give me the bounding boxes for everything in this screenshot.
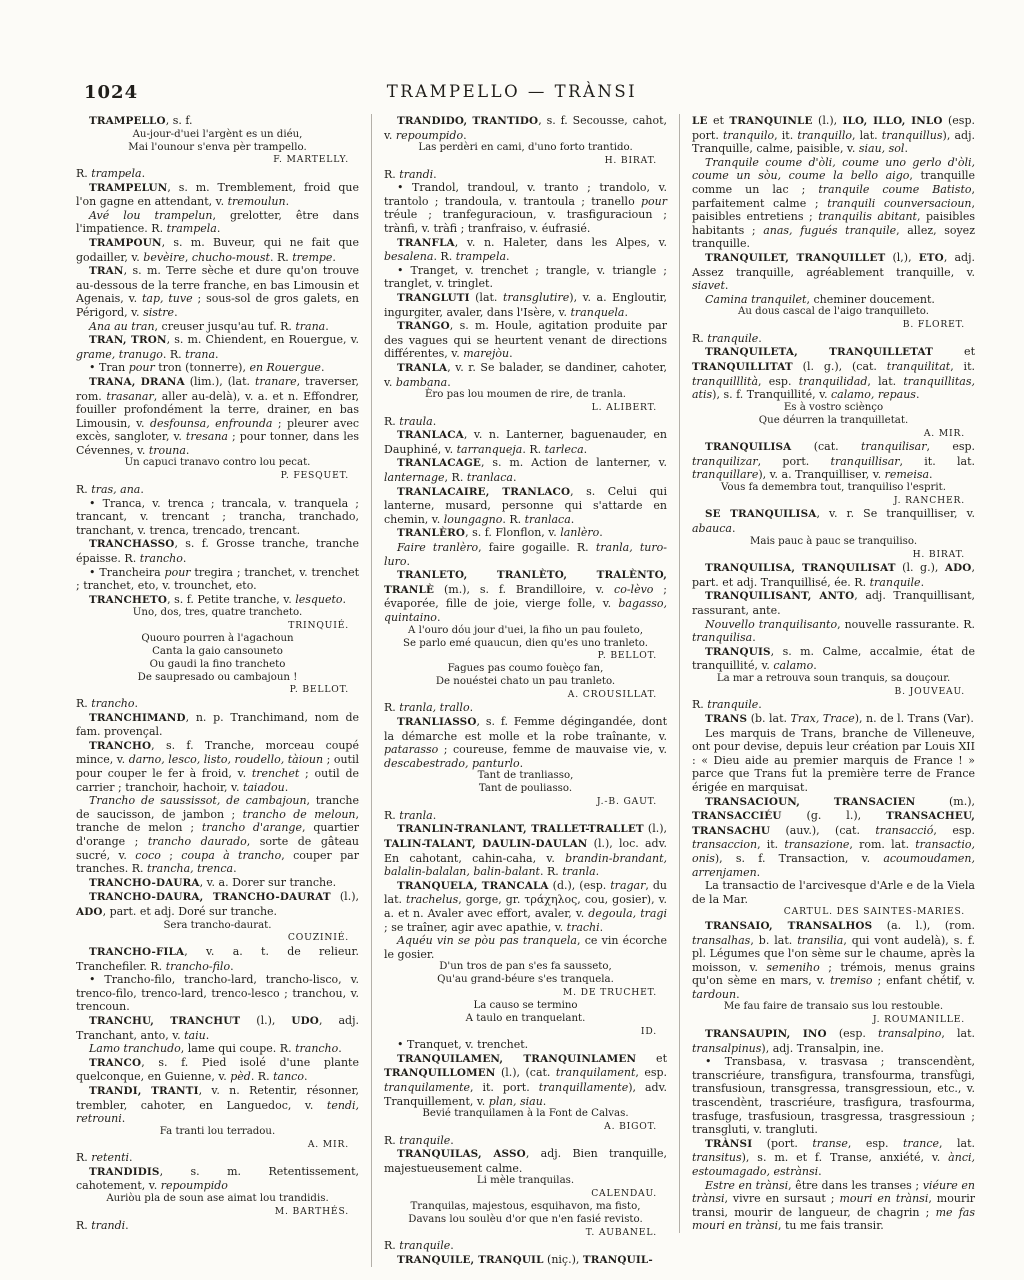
text-columns: TRAMPELLO, s. f.Au-jour-d'uei l'argènt e… <box>76 114 950 1267</box>
dictionary-entry: TRANCHO, s. f. Tranche, morceau coupé mi… <box>76 739 359 794</box>
dictionary-entry: Aquéu vin se pòu pas tranquela, ce vin é… <box>384 934 667 961</box>
dictionary-entry: Camina tranquilet, cheminer doucement. <box>692 293 975 307</box>
verse-line: Fagues pas coumo fouèço fan, <box>384 663 667 676</box>
verse-line: Bevié tranquilamen à la Font de Calvas. <box>384 1108 667 1121</box>
verse-line: Tant de pouliasso. <box>384 783 667 796</box>
dictionary-entry: TRANGO, s. m. Houle, agitation produite … <box>384 319 667 361</box>
dictionary-entry: TRANLACAGE, s. m. Action de lanterner, v… <box>384 456 667 484</box>
dictionary-entry: TRANDIDO, TRANTIDO, s. f. Secousse, caho… <box>384 114 667 142</box>
verse-line: Ou gaudi la fino trancheto <box>76 659 359 672</box>
dictionary-entry: TRANQUIS, s. m. Calme, accalmie, état de… <box>692 645 975 673</box>
verse-line: Es à vostro sciènço <box>692 402 975 415</box>
dictionary-entry: TRANQUILISA (cat. tranquilisar, esp. tra… <box>692 440 975 482</box>
citation-author: B. FLORET. <box>692 319 975 332</box>
citation-author: H. BIRAT. <box>384 155 667 168</box>
dictionary-entry: TRANDIDIS, s. m. Retentissement, cahotem… <box>76 1165 359 1193</box>
citation-author: TRINQUIÉ. <box>76 620 359 633</box>
dictionary-entry: TRANLIN-TRANLANT, TRALLET-TRALLET (l.), … <box>384 822 667 878</box>
verse-line: Mai l'ounour s'enva pèr trampello. <box>76 142 359 155</box>
verse-line: Vous fa demembra tout, tranquiliso l'esp… <box>692 482 975 495</box>
verse-line: Canta la gaio cansouneto <box>76 646 359 659</box>
citation-author: J. RANCHER. <box>692 495 975 508</box>
verse-line: Au dous cascal de l'aigo tranquilleto. <box>692 306 975 319</box>
reference-line: R. trandi. <box>384 168 667 182</box>
reference-line: R. trancho. <box>76 697 359 711</box>
dictionary-entry: • Tranca, v. trenca ; trancala, v. tranq… <box>76 497 359 538</box>
reference-line: R. tranla, trallo. <box>384 701 667 715</box>
citation-author: A. BIGOT. <box>384 1121 667 1134</box>
dictionary-entry: TRANLACAIRE, TRANLACO, s. Celui qui lant… <box>384 485 667 527</box>
dictionary-entry: TRAMPELUN, s. m. Tremblement, froid que … <box>76 181 359 209</box>
reference-line: R. tranquile. <box>692 332 975 346</box>
verse-line: La causo se termino <box>384 1000 667 1013</box>
dictionary-entry: TRANS (b. lat. Trax, Trace), n. de l. Tr… <box>692 712 975 727</box>
reference-line: R. tranla. <box>384 809 667 823</box>
dictionary-entry: TRANCHO-FILA, v. a. t. de relieur. Tranc… <box>76 945 359 973</box>
dictionary-entry: • Trancho-filo, trancho-lard, trancho-li… <box>76 973 359 1014</box>
verse-line: Se parlo emé quaucun, dien qu'es uno tra… <box>384 638 667 651</box>
reference-line: LE et TRANQUINLE (l.), ILO, ILLO, INLO (… <box>692 114 975 156</box>
reference-line: R. traula. <box>384 415 667 429</box>
dictionary-entry: TRANGLUTI (lat. transglutire), v. a. Eng… <box>384 291 667 319</box>
verse-line: Èro pas lou moumen de rire, de tranla. <box>384 389 667 402</box>
dictionary-entry: Nouvello tranquilisanto, nouvelle rassur… <box>692 618 975 645</box>
column-2: TRANDIDO, TRANTIDO, s. f. Secousse, caho… <box>371 114 667 1267</box>
dictionary-entry: TRANCHU, TRANCHUT (l.), UDO, adj. Tranch… <box>76 1014 359 1042</box>
dictionary-entry: TRANCHO-DAURA, v. a. Dorer sur tranche. <box>76 876 359 891</box>
reference-line: R. trandi. <box>76 1219 359 1233</box>
dictionary-entry: TRANLIASSO, s. f. Femme dégingandée, don… <box>384 715 667 770</box>
verse-line: Tranquilas, majestous, esquihavon, ma fi… <box>384 1201 667 1214</box>
verse-line: Que déurren la tranquilletat. <box>692 415 975 428</box>
citation-author: L. ALIBERT. <box>384 402 667 415</box>
dictionary-entry: Tranquile coume d'òli, coume uno gerlo d… <box>692 156 975 251</box>
citation-author: M. DE TRUCHET. <box>384 987 667 1000</box>
dictionary-entry: TRANQUILAS, ASSO, adj. Bien tranquille, … <box>384 1147 667 1175</box>
verse-line: Un capuci tranavo contro lou pecat. <box>76 457 359 470</box>
dictionary-entry: TRAMPELLO, s. f. <box>76 114 359 129</box>
reference-line: R. tranquile. <box>384 1134 667 1148</box>
dictionary-entry: TRANLACA, v. n. Lanterner, baguenauder, … <box>384 428 667 456</box>
dictionary-entry: TRANCHO-DAURA, TRANCHO-DAURAT (l.), ADO,… <box>76 890 359 919</box>
verse-line: Las perdèri en cami, d'uno forto trantid… <box>384 142 667 155</box>
verse-line: Mais pauc à pauc se tranquiliso. <box>692 536 975 549</box>
dictionary-entry: • Trandol, trandoul, v. tranto ; trandol… <box>384 181 667 235</box>
dictionary-entry: TRANQUELA, TRANCALA (d.), (esp. tragar, … <box>384 879 667 934</box>
dictionary-entry: TRANDI, TRANTI, v. n. Retentir, résonner… <box>76 1084 359 1126</box>
dictionary-entry: TRANSAIO, TRANSALHOS (a. l.), (rom. tran… <box>692 919 975 1002</box>
reference-line: R. trampela. <box>76 167 359 181</box>
citation-author: J. ROUMANILLE. <box>692 1014 975 1027</box>
dictionary-entry: TRANLÈRO, s. f. Flonflon, v. lanlèro. <box>384 526 667 541</box>
verse-line: Uno, dos, tres, quatre trancheto. <box>76 607 359 620</box>
citation-author: CALENDAU. <box>384 1188 667 1201</box>
verse-line: Li mèle tranquilas. <box>384 1175 667 1188</box>
dictionary-entry: TRAN, TRON, s. m. Chiendent, en Rouergue… <box>76 333 359 361</box>
column-3: LE et TRANQUINLE (l.), ILO, ILLO, INLO (… <box>679 114 975 1233</box>
verse-line: Auriòu pla de soun ase aimat lou trandid… <box>76 1193 359 1206</box>
verse-line: D'un tros de pan s'es fa sausseto, <box>384 961 667 974</box>
dictionary-entry: TRÀNSI (port. transe, esp. trance, lat. … <box>692 1137 975 1179</box>
dictionary-entry: TRANCO, s. f. Pied isolé d'une plante qu… <box>76 1056 359 1084</box>
dictionary-entry: TRANQUILISA, TRANQUILISAT (l. g.), ADO, … <box>692 561 975 589</box>
verse-line: Davans lou soulèu d'or que n'en fasié re… <box>384 1214 667 1227</box>
dictionary-entry: TRANLETO, TRANLÈTO, TRALÈNTO, TRANLÈ (m.… <box>384 568 667 624</box>
dictionary-entry: TRANLA, v. r. Se balader, se dandiner, c… <box>384 361 667 389</box>
dictionary-entry: • Tran pour tron (tonnerre), en Rouergue… <box>76 361 359 375</box>
dictionary-page: 1024 TRAMPELLO — TRÀNSI TRAMPELLO, s. f.… <box>0 0 1024 1280</box>
verse-line: De saupresado ou cambajoun ! <box>76 672 359 685</box>
dictionary-entry: Trancho de saussissot, de cambajoun, tra… <box>76 794 359 876</box>
citation-author: A. MIR. <box>692 428 975 441</box>
reference-line: R. tranquile. <box>384 1239 667 1253</box>
verse-line: Sera trancho-daurat. <box>76 920 359 933</box>
dictionary-entry: • Tranget, v. trenchet ; trangle, v. tri… <box>384 264 667 291</box>
verse-line: A l'ouro dóu jour d'uei, la fiho un pau … <box>384 625 667 638</box>
dictionary-entry: TRANQUILAMEN, TRANQUINLAMEN et TRANQUILL… <box>384 1052 667 1108</box>
citation-author: T. AUBANEL. <box>384 1227 667 1240</box>
dictionary-entry: Avé lou trampelun, grelotter, être dans … <box>76 209 359 236</box>
verse-line: Quouro pourren à l'agachoun <box>76 633 359 646</box>
dictionary-entry: Les marquis de Trans, branche de Villene… <box>692 727 975 795</box>
verse-line: Tant de tranliasso, <box>384 770 667 783</box>
citation-author: M. BARTHÉS. <box>76 1206 359 1219</box>
verse-line: La mar a retrouva soun tranquis, sa douç… <box>692 673 975 686</box>
verse-line: A taulo en tranquelant. <box>384 1013 667 1026</box>
verse-line: Qu'au grand-béure s'es tranquela. <box>384 974 667 987</box>
dictionary-entry: TRANFLA, v. n. Haleter, dans les Alpes, … <box>384 236 667 264</box>
dictionary-entry: La transactio de l'arcivesque d'Arle e d… <box>692 879 975 906</box>
dictionary-entry: Ana au tran, creuser jusqu'au tuf. R. tr… <box>76 320 359 334</box>
dictionary-entry: TRANSACIOUN, TRANSACIEN (m.), TRANSACCIÉ… <box>692 795 975 880</box>
citation-author: COUZINIÉ. <box>76 932 359 945</box>
dictionary-entry: SE TRANQUILISA, v. r. Se tranquilliser, … <box>692 507 975 535</box>
citation-author: B. JOUVEAU. <box>692 686 975 699</box>
dictionary-entry: TRANSAUPIN, INO (esp. transalpino, lat. … <box>692 1027 975 1055</box>
running-head: TRAMPELLO — TRÀNSI <box>0 82 1024 101</box>
citation-author: CARTUL. DES SAINTES-MARIES. <box>692 906 975 919</box>
dictionary-entry: TRANQUILET, TRANQUILLET (l,), ETO, adj. … <box>692 251 975 293</box>
verse-line: Au-jour-d'uei l'argènt es un diéu, <box>76 129 359 142</box>
citation-author: J.-B. GAUT. <box>384 796 667 809</box>
dictionary-entry: • Transbasa, v. trasvasa ; transcendènt,… <box>692 1055 975 1137</box>
reference-line: R. tras, ana. <box>76 483 359 497</box>
citation-author: ID. <box>384 1026 667 1039</box>
citation-author: P. BELLOT. <box>384 650 667 663</box>
citation-author: P. BELLOT. <box>76 684 359 697</box>
verse-line: De nouéstei chato un pau tranleto. <box>384 676 667 689</box>
dictionary-entry: TRANCHASSO, s. f. Grosse tranche, tranch… <box>76 537 359 565</box>
dictionary-entry: TRANQUILETA, TRANQUILLETAT et TRANQUILLI… <box>692 345 975 401</box>
citation-author: F. MARTELLY. <box>76 154 359 167</box>
citation-author: H. BIRAT. <box>692 549 975 562</box>
dictionary-entry: TRANA, DRANA (lim.), (lat. tranare, trav… <box>76 375 359 458</box>
reference-line: R. tranquile. <box>692 698 975 712</box>
dictionary-entry: TRANQUILE, TRANQUIL (niç.), TRANQUIL- <box>384 1253 667 1268</box>
dictionary-entry: Lamo tranchudo, lame qui coupe. R. tranc… <box>76 1042 359 1056</box>
dictionary-entry: TRAN, s. m. Terre sèche et dure qu'on tr… <box>76 264 359 319</box>
dictionary-entry: TRANCHETO, s. f. Petite tranche, v. lesq… <box>76 593 359 608</box>
citation-author: P. FESQUET. <box>76 470 359 483</box>
citation-author: A. CROUSILLAT. <box>384 689 667 702</box>
dictionary-entry: Faire tranlèro, faire gogaille. R. tranl… <box>384 541 667 568</box>
verse-line: Me fau faire de transaio sus lou restoub… <box>692 1001 975 1014</box>
dictionary-entry: Estre en trànsi, être dans les transes ;… <box>692 1179 975 1233</box>
reference-line: R. retenti. <box>76 1151 359 1165</box>
dictionary-entry: • Trancheira pour tregira ; tranchet, v.… <box>76 566 359 593</box>
dictionary-entry: • Tranquet, v. trenchet. <box>384 1038 667 1052</box>
dictionary-entry: TRANCHIMAND, n. p. Tranchimand, nom de f… <box>76 711 359 739</box>
citation-author: A. MIR. <box>76 1139 359 1152</box>
dictionary-entry: TRAMPOUN, s. m. Buveur, qui ne fait que … <box>76 236 359 264</box>
column-1: TRAMPELLO, s. f.Au-jour-d'uei l'argènt e… <box>76 114 359 1232</box>
dictionary-entry: TRANQUILISANT, ANTO, adj. Tranquillisant… <box>692 589 975 617</box>
verse-line: Fa tranti lou terradou. <box>76 1126 359 1139</box>
